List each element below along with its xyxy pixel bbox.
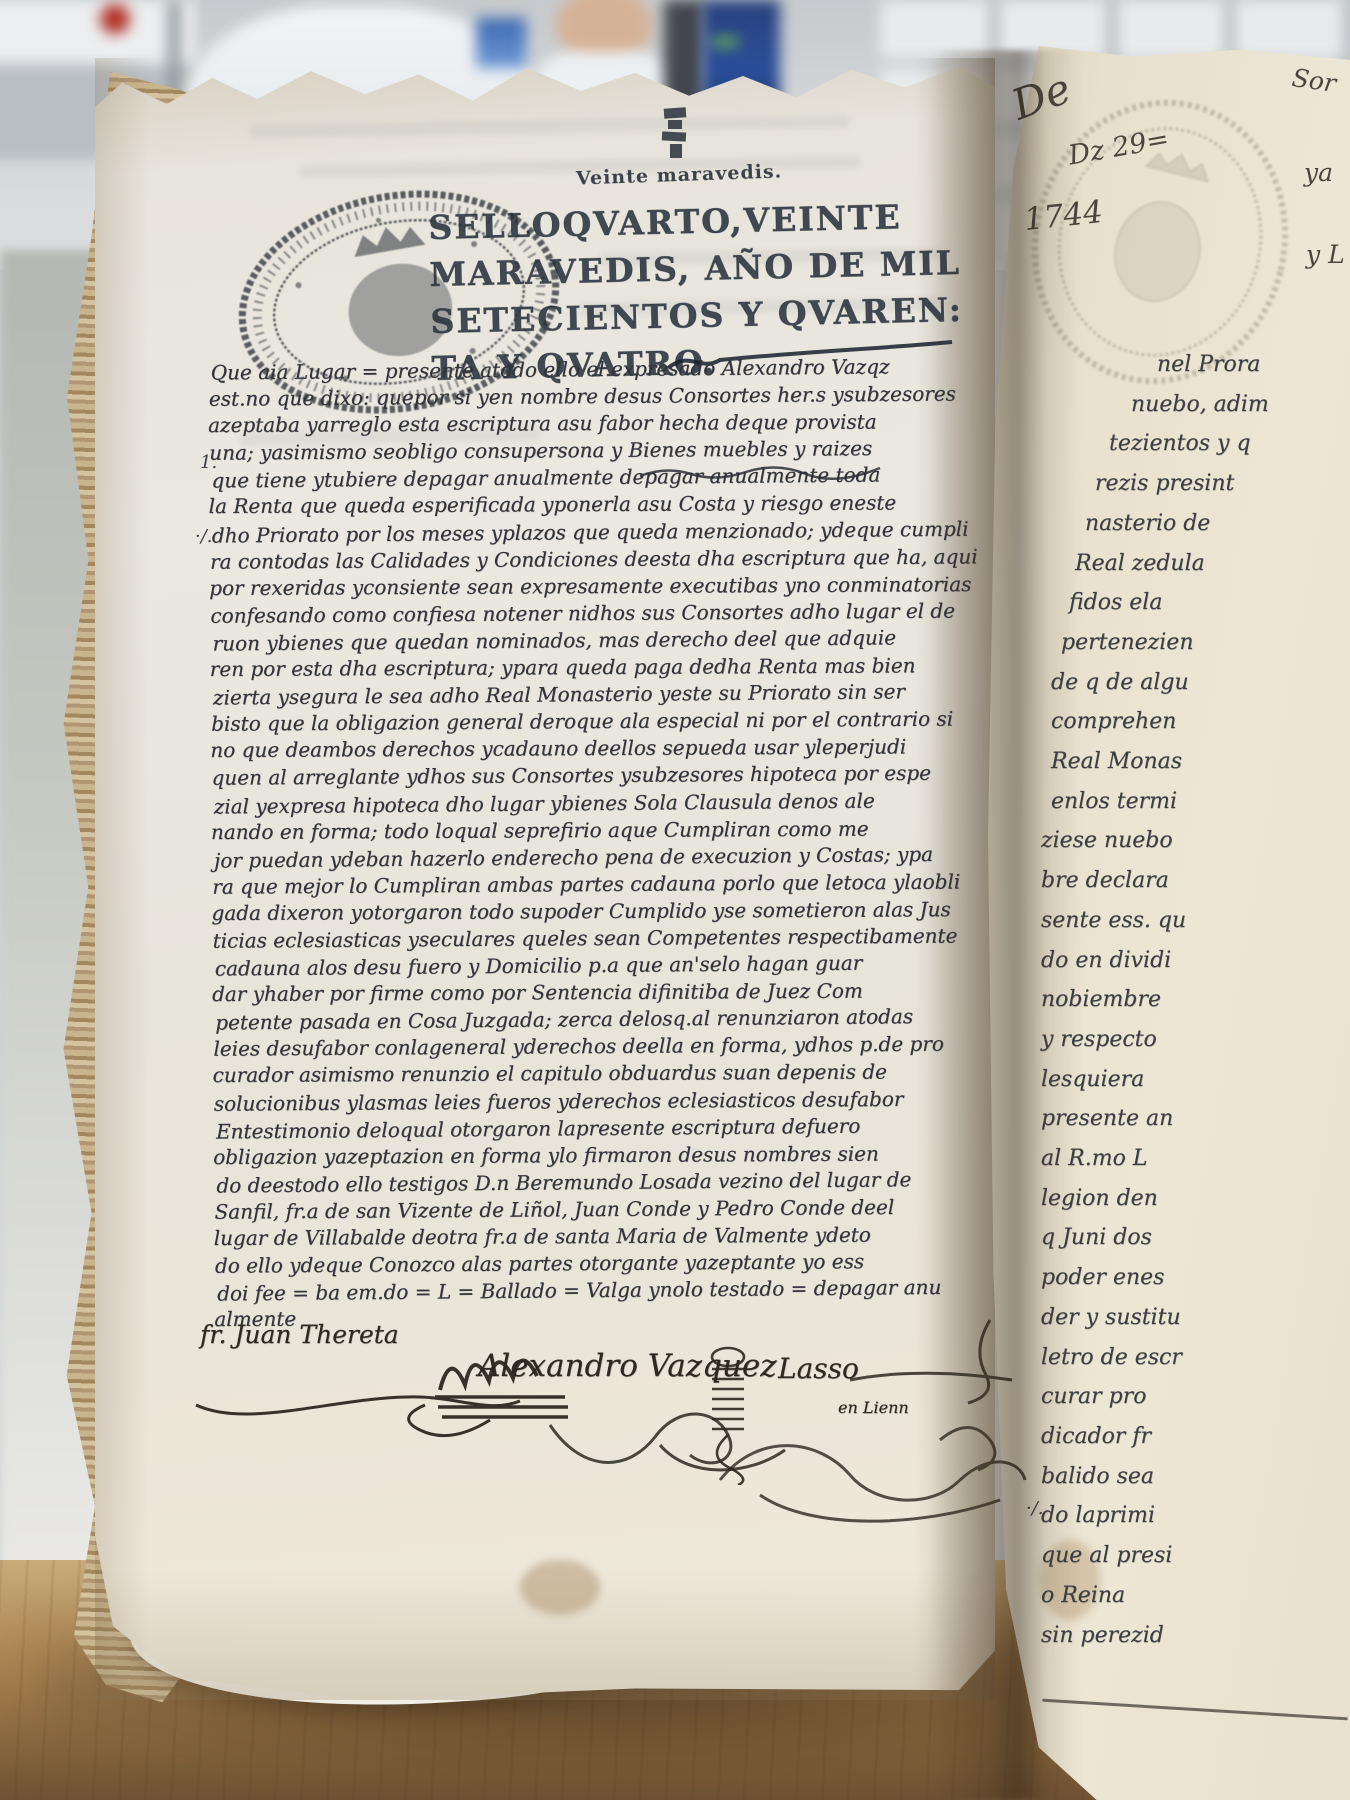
right-page-text-line: bre declara [1041, 861, 1350, 901]
right-page-text-line: rezis presint [1095, 464, 1350, 504]
right-page-text-line: y respecto [1041, 1020, 1350, 1060]
right-page-text-line: Real Monas [1051, 742, 1350, 782]
manuscript-body: Que aia Lugar = presente atodo ello el e… [209, 353, 998, 1334]
manuscript-text-line: por rexeridas yconsiente sean expresamen… [209, 571, 991, 602]
manuscript-text-line: curador asimismo renunzio el capitulo ob… [213, 1058, 995, 1089]
right-page-text-line: poder enes [1041, 1258, 1350, 1298]
right-page-text-line: do laprimi [1041, 1496, 1350, 1536]
right-page-text-line: Real zedula [1075, 544, 1350, 584]
right-page-text-line: nobiembre [1041, 980, 1350, 1020]
right-page-text-line: nel Prora [1157, 345, 1350, 385]
right-page-text-line: legion den [1041, 1179, 1350, 1219]
right-page-text-line: dicador fr [1041, 1417, 1350, 1457]
manuscript-text-line: no que deambos derechos ycadauno deellos… [210, 733, 992, 764]
small-ink-ornament-stamp [648, 106, 700, 164]
corner-fragment: ya [1304, 158, 1333, 187]
right-page-text-line: q Juni dos [1041, 1218, 1350, 1258]
strikethrough-mark [636, 458, 886, 488]
right-page-text-line: de q de algu [1051, 663, 1350, 703]
bottom-scribble-flourish [700, 1400, 1030, 1540]
right-page-text-line: sin perezid [1041, 1616, 1350, 1656]
manuscript-text-line: lugar de Villabalde deotra fr.a de santa… [214, 1221, 996, 1252]
right-page-text-line: enlos termi [1051, 782, 1350, 822]
right-page-text-line: al R.mo L [1041, 1139, 1350, 1179]
right-page-text-line: do en dividi [1041, 941, 1350, 981]
right-page-text-line: fidos ela [1069, 583, 1350, 623]
right-page-text-line: der y sustitu [1041, 1298, 1350, 1338]
right-page-text-fragments: nel Proranuebo, adimtezientos y qrezis p… [1035, 345, 1350, 1655]
corner-fragment: y L [1306, 240, 1345, 269]
margin-mark-right: ·/. [1026, 1498, 1044, 1519]
manuscript-text-line: gada dixeron yotorgaron todo supoder Cum… [211, 896, 993, 927]
blue-screen-small-blur [476, 18, 526, 68]
manuscript-text-line: azeptaba yarreglo esta escriptura asu fa… [208, 408, 990, 439]
right-page-text-line: curar pro [1041, 1377, 1350, 1417]
right-page-text-line: balido sea [1041, 1457, 1350, 1497]
corner-fragment: Sor [1290, 63, 1338, 98]
archival-photo-stage: Veinte maravedis. SELLOQVARTO,VEINTE MAR… [0, 0, 1350, 1800]
right-page-text-line: lesquiera [1041, 1060, 1350, 1100]
right-page-text-line: sente ess. qu [1041, 901, 1350, 941]
right-page-text-line: ziese nuebo [1041, 821, 1350, 861]
green-led-blur [712, 38, 738, 46]
right-page-text-line: nuebo, adim [1131, 385, 1350, 425]
right-page-text-line: tezientos y q [1109, 424, 1350, 464]
right-page-text-line: o Reina [1041, 1576, 1350, 1616]
right-page-text-line: pertenezien [1061, 623, 1350, 663]
red-logo-blur [100, 4, 130, 34]
right-page-text-line: letro de escr [1041, 1338, 1350, 1378]
right-page-text-line: que al presi [1041, 1536, 1350, 1576]
paper-stain [520, 1560, 600, 1615]
right-page-text-line: nasterio de [1085, 504, 1350, 544]
right-page-text-line: comprehen [1051, 702, 1350, 742]
right-page-text-line: presente an [1041, 1099, 1350, 1139]
